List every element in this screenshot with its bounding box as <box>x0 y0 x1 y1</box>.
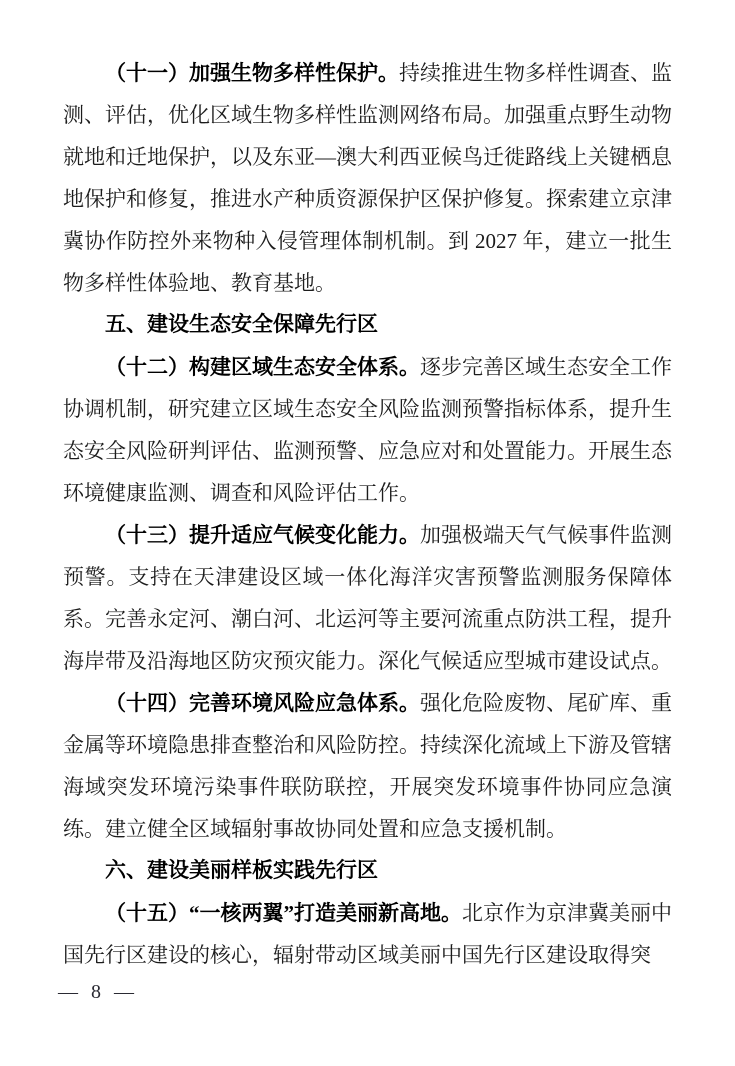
paragraph-lead: （十四）完善环境风险应急体系。 <box>105 691 420 715</box>
paragraph-clause-11: （十一）加强生物多样性保护。持续推进生物多样性调查、监测、评估，优化区域生物多样… <box>63 52 672 304</box>
section-heading-6: 六、建设美丽样板实践先行区 <box>63 850 672 892</box>
paragraph-lead: （十一）加强生物多样性保护。 <box>105 61 399 85</box>
paragraph-lead: （十二）构建区域生态安全体系。 <box>105 355 420 379</box>
paragraph-lead: （十三）提升适应气候变化能力。 <box>105 523 420 547</box>
footer-dash-right: — <box>114 981 134 1003</box>
page-footer: —8— <box>58 978 134 1006</box>
paragraph-lead: （十五）“一核两翼”打造美丽新高地。 <box>105 901 462 925</box>
paragraph-clause-12: （十二）构建区域生态安全体系。逐步完善区域生态安全工作协调机制，研究建立区域生态… <box>63 346 672 514</box>
paragraph-clause-15: （十五）“一核两翼”打造美丽新高地。北京作为京津冀美丽中国先行区建设的核心，辐射… <box>63 892 672 976</box>
paragraph-clause-14: （十四）完善环境风险应急体系。强化危险废物、尾矿库、重金属等环境隐患排查整治和风… <box>63 682 672 850</box>
document-page: （十一）加强生物多样性保护。持续推进生物多样性调查、监测、评估，优化区域生物多样… <box>0 0 735 1066</box>
page-content: （十一）加强生物多样性保护。持续推进生物多样性调查、监测、评估，优化区域生物多样… <box>63 52 672 976</box>
footer-dash-left: — <box>58 981 78 1003</box>
page-number: 8 <box>91 978 101 1006</box>
paragraph-text: 持续推进生物多样性调查、监测、评估，优化区域生物多样性监测网络布局。加强重点野生… <box>63 61 672 295</box>
section-heading-5: 五、建设生态安全保障先行区 <box>63 304 672 346</box>
paragraph-clause-13: （十三）提升适应气候变化能力。加强极端天气气候事件监测预警。支持在天津建设区域一… <box>63 514 672 682</box>
